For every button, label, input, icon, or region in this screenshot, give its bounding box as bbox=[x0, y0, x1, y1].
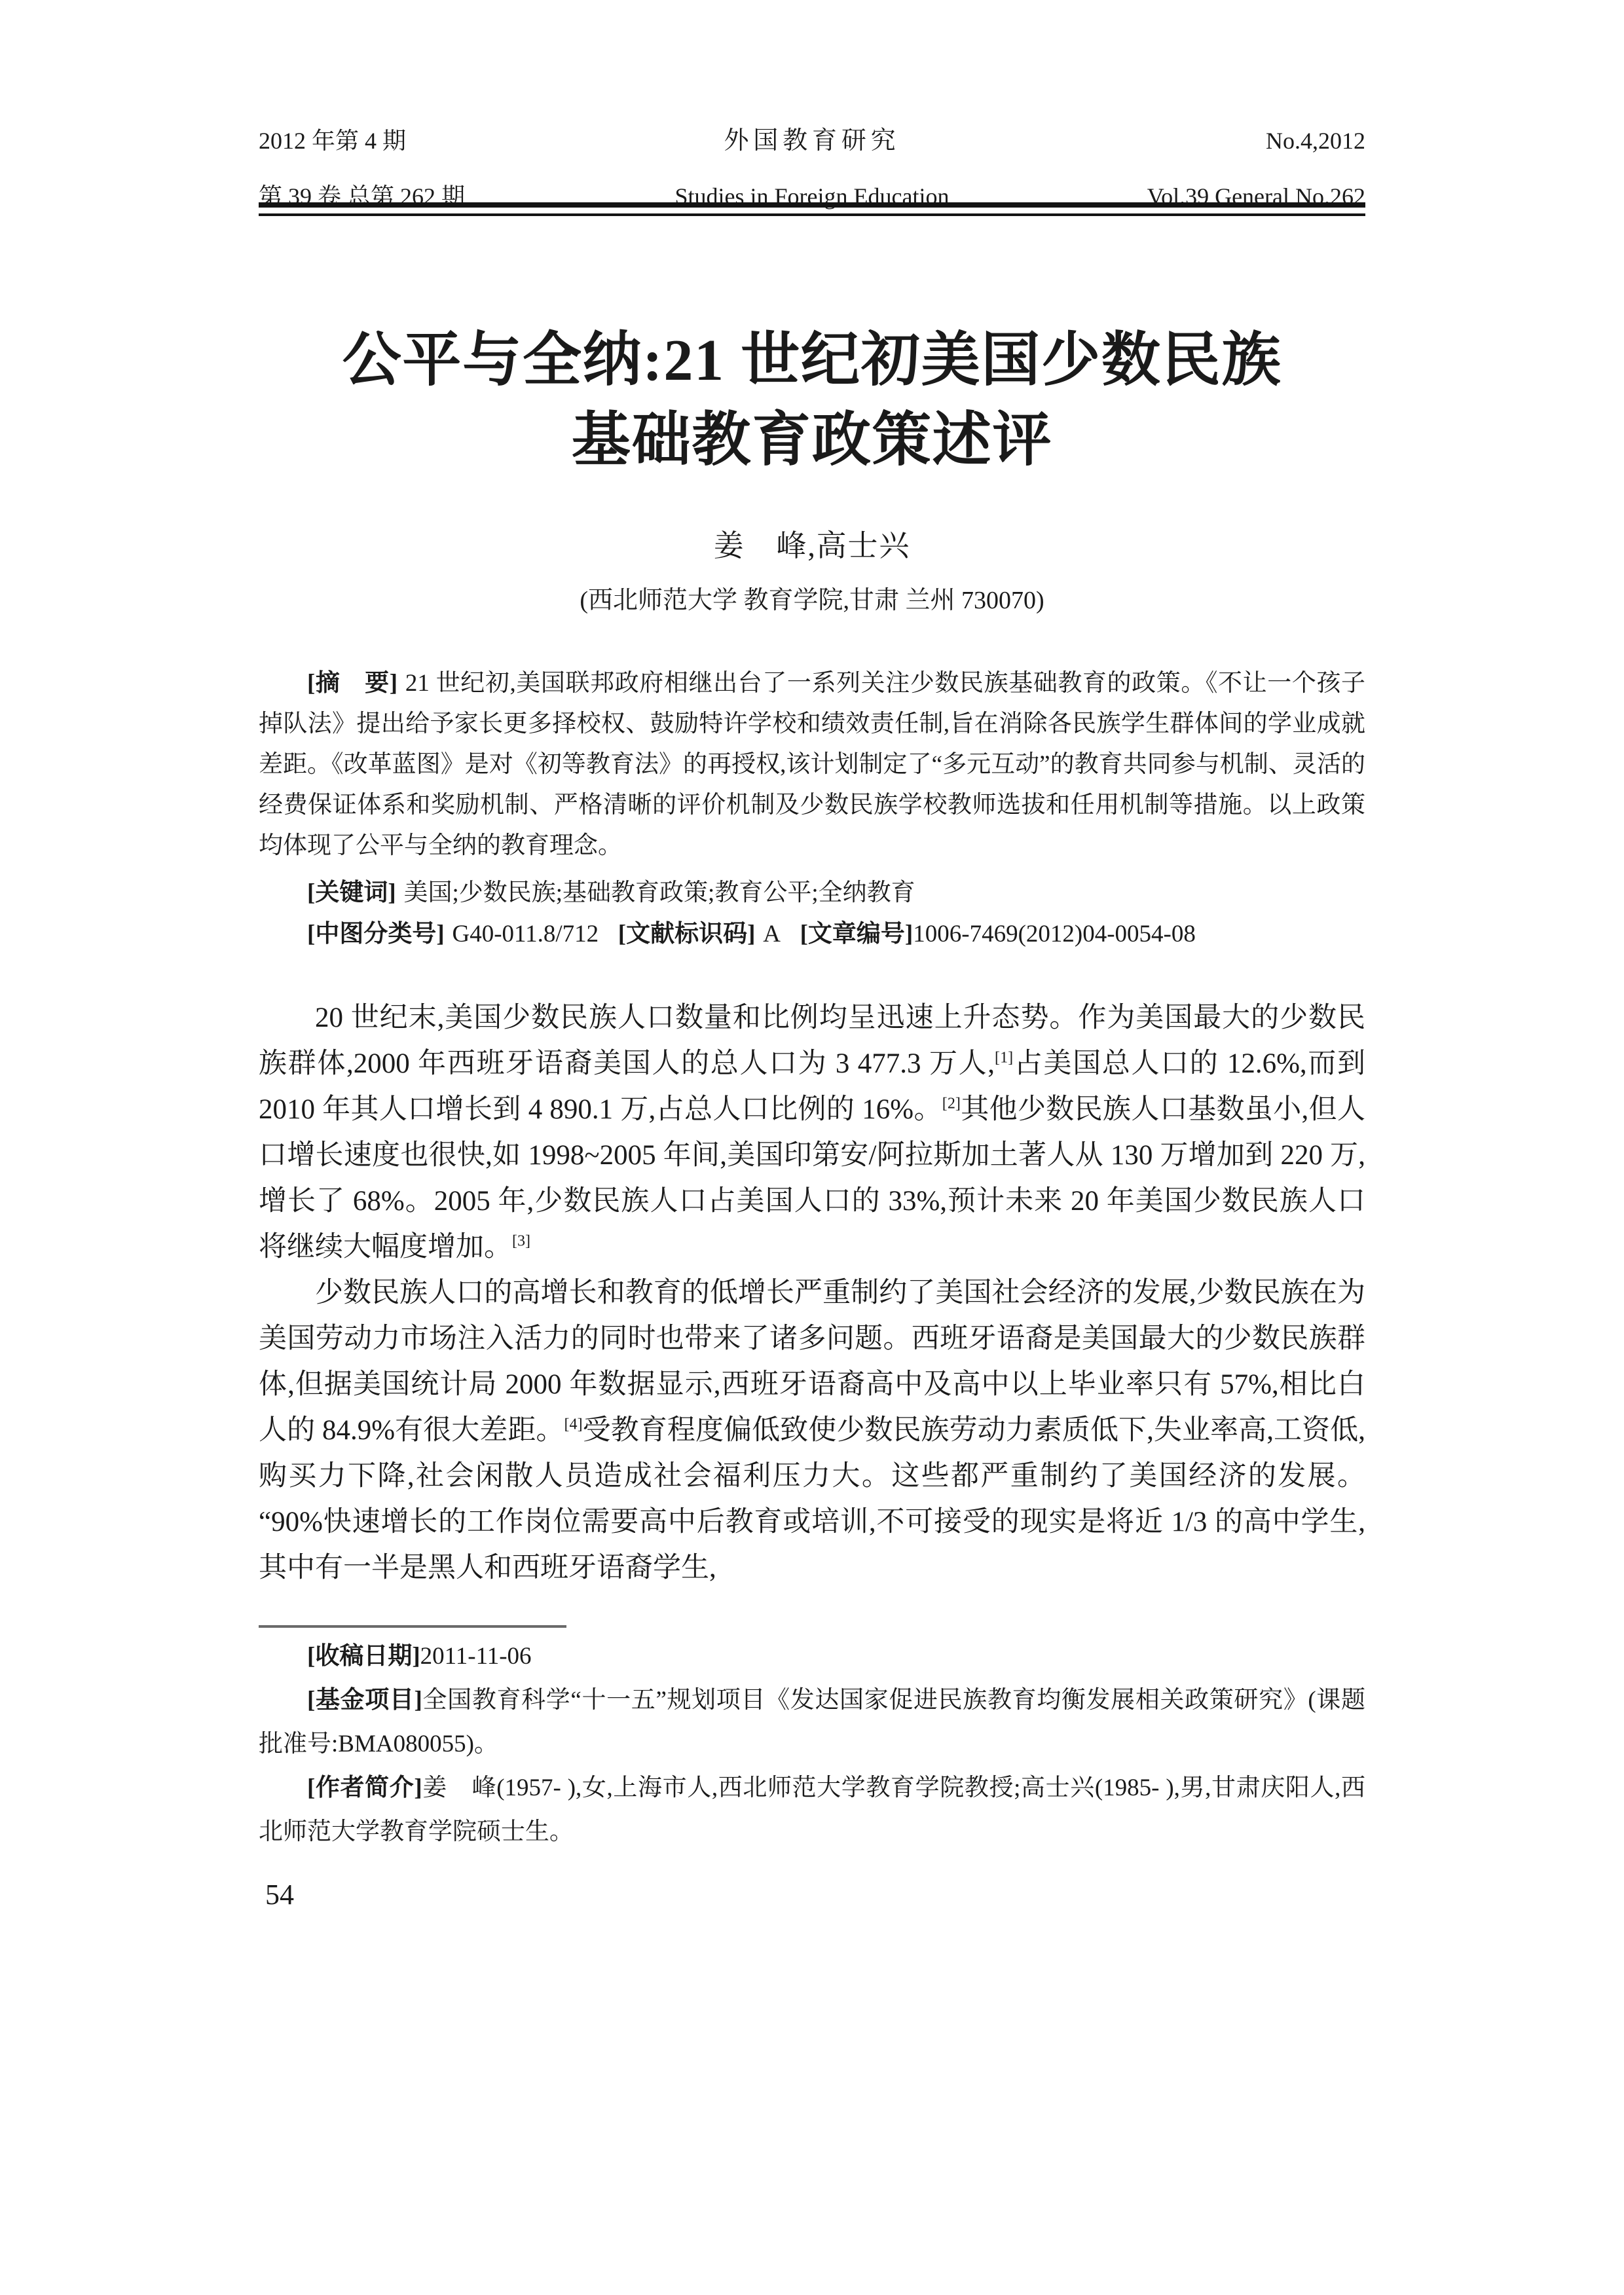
keywords-line: [关键词]美国;少数民族;基础教育政策;教育公平;全纳教育 bbox=[259, 873, 1365, 913]
abstract-label: [摘 要] bbox=[307, 670, 397, 697]
received-date-note: [收稿日期]2011-11-06 bbox=[259, 1634, 1365, 1678]
author-bio-text: 姜 峰(1957- ),女,上海市人,西北师范大学教育学院教授;高士兴(1985… bbox=[259, 1774, 1365, 1845]
document-code-label: [文献标识码] bbox=[618, 921, 756, 947]
journal-header-row-1: 2012 年第 4 期 外国教育研究 No.4,2012 bbox=[259, 120, 1365, 156]
keywords-text: 美国;少数民族;基础教育政策;教育公平;全纳教育 bbox=[403, 879, 915, 906]
journal-issue-en: No.4,2012 bbox=[1266, 127, 1365, 155]
footnote-ref-1: [1] bbox=[995, 1050, 1013, 1067]
body-paragraph-1: 20 世纪末,美国少数民族人口数量和比例均呈迅速上升态势。作为美国最大的少数民族… bbox=[259, 995, 1365, 1270]
fund-project-note: [基金项目]全国教育科学“十一五”规划项目《发达国家促进民族教育均衡发展相关政策… bbox=[259, 1678, 1365, 1766]
article-id-value: 1006-7469(2012)04-0054-08 bbox=[913, 921, 1196, 947]
scanned-paper-page: 2012 年第 4 期 外国教育研究 No.4,2012 第 39 卷 总第 2… bbox=[0, 0, 1624, 2295]
footnote-ref-2: [2] bbox=[942, 1095, 961, 1112]
keywords-label: [关键词] bbox=[307, 879, 396, 906]
page-number: 54 bbox=[265, 1878, 294, 1911]
article-body: 20 世纪末,美国少数民族人口数量和比例均呈迅速上升态势。作为美国最大的少数民族… bbox=[259, 995, 1365, 1591]
footnote-ref-3: [3] bbox=[512, 1233, 530, 1250]
abstract-text: 21 世纪初,美国联邦政府相继出台了一系列关注少数民族基础教育的政策。《不让一个… bbox=[259, 670, 1365, 859]
received-date-label: [收稿日期] bbox=[307, 1643, 420, 1670]
article-title-line-2: 基础教育政策述评 bbox=[259, 401, 1365, 481]
footnote-divider-rule bbox=[259, 1625, 566, 1628]
body-paragraph-2: 少数民族人口的高增长和教育的低增长严重制约了美国社会经济的发展,少数民族在为美国… bbox=[259, 1270, 1365, 1591]
author-names: 姜 峰,高士兴 bbox=[259, 522, 1365, 565]
footnotes-section: [收稿日期]2011-11-06 [基金项目]全国教育科学“十一五”规划项目《发… bbox=[259, 1634, 1365, 1854]
clc-number-value: G40-011.8/712 bbox=[452, 921, 599, 947]
abstract-paragraph: [摘 要]21 世纪初,美国联邦政府相继出台了一系列关注少数民族基础教育的政策。… bbox=[259, 663, 1365, 866]
page-content: 2012 年第 4 期 外国教育研究 No.4,2012 第 39 卷 总第 2… bbox=[259, 0, 1365, 2295]
footnote-ref-4: [4] bbox=[564, 1416, 583, 1433]
author-bio-note: [作者简介]姜 峰(1957- ),女,上海市人,西北师范大学教育学院教授;高士… bbox=[259, 1766, 1365, 1854]
fund-project-text: 全国教育科学“十一五”规划项目《发达国家促进民族教育均衡发展相关政策研究》(课题… bbox=[259, 1687, 1365, 1757]
author-bio-label: [作者简介] bbox=[307, 1774, 422, 1801]
article-title: 公平与全纳:21 世纪初美国少数民族 基础教育政策述评 bbox=[259, 321, 1365, 481]
article-title-line-1: 公平与全纳:21 世纪初美国少数民族 bbox=[259, 321, 1365, 401]
classification-line: [中图分类号]G40-011.8/712[文献标识码]A[文章编号]1006-7… bbox=[259, 914, 1365, 955]
author-affiliation: (西北师范大学 教育学院,甘肃 兰州 730070) bbox=[259, 579, 1365, 615]
journal-name-cn: 外国教育研究 bbox=[724, 120, 900, 156]
fund-project-label: [基金项目] bbox=[307, 1687, 422, 1714]
journal-issue-cn: 2012 年第 4 期 bbox=[259, 122, 406, 156]
clc-number-label: [中图分类号] bbox=[307, 921, 445, 947]
header-divider-rule bbox=[259, 202, 1365, 216]
received-date-value: 2011-11-06 bbox=[420, 1643, 532, 1670]
article-id-label: [文章编号] bbox=[800, 921, 913, 947]
journal-header: 2012 年第 4 期 外国教育研究 No.4,2012 第 39 卷 总第 2… bbox=[259, 120, 1365, 211]
document-code-value: A bbox=[763, 921, 781, 947]
